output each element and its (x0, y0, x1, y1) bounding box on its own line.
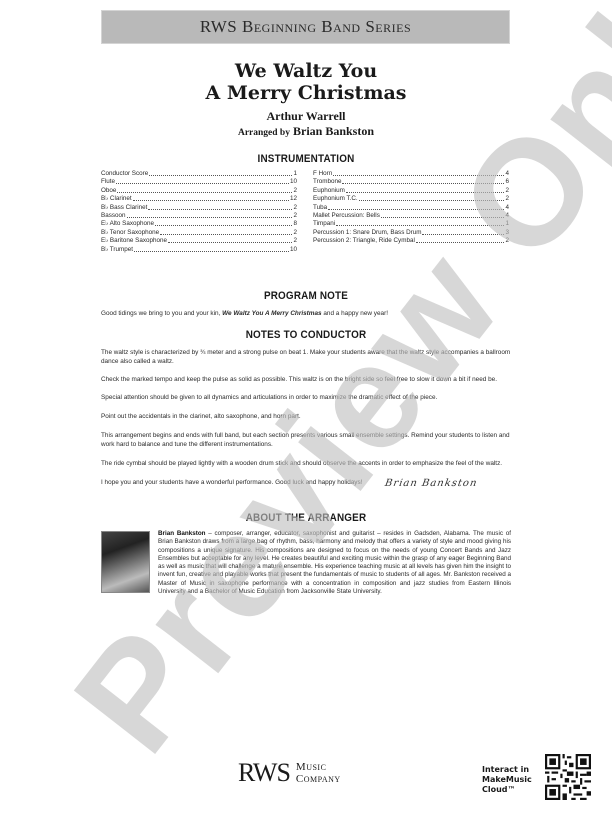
instrumentation-list-right: F Horn4Trombone6Euphonium2Euphonium T.C.… (313, 170, 509, 246)
dot-leader (359, 195, 505, 201)
dot-leader (116, 178, 289, 184)
qr-code-icon[interactable] (545, 754, 591, 800)
instrument-row: Euphonium2 (313, 187, 509, 195)
part-count: 2 (505, 195, 509, 203)
instrument-name: Tuba (313, 204, 327, 212)
makemusic-line-3: Cloud™ (482, 785, 532, 795)
part-count: 2 (505, 187, 509, 195)
arranger-bio: Brian Bankston – composer, arranger, edu… (158, 530, 511, 596)
arranged-by-label: Arranged by (238, 128, 290, 138)
instrument-row: Timpani1 (313, 220, 509, 228)
part-count: 8 (293, 220, 297, 228)
instrument-name: Percussion 2: Triangle, Ride Cymbal (313, 237, 415, 245)
part-count: 10 (290, 178, 297, 186)
dot-leader (333, 170, 504, 176)
program-note-text: Good tidings we bring to you and your ki… (101, 310, 511, 319)
conductor-note-paragraph: Point out the accidentals in the clarine… (101, 413, 511, 422)
dot-leader (160, 229, 292, 235)
instrument-row: Tuba4 (313, 204, 509, 212)
instrument-name: Euphonium (313, 187, 345, 195)
logo-line-2: Company (296, 773, 341, 785)
instrument-row: Mallet Percussion: Bells4 (313, 212, 509, 220)
instrument-row: Bassoon2 (101, 212, 297, 220)
instrument-row: Percussion 1: Snare Drum, Bass Drum3 (313, 229, 509, 237)
arranger-bio-text: – composer, arranger, educator, saxophon… (158, 530, 511, 595)
part-count: 2 (293, 212, 297, 220)
conductor-note-paragraph: Check the marked tempo and keep the puls… (101, 376, 511, 385)
makemusic-cloud-callout: Interact in MakeMusic Cloud™ (482, 765, 532, 795)
conductor-note-paragraph: The ride cymbal should be played lightly… (101, 460, 511, 469)
instrument-name: E♭ Alto Saxophone (101, 220, 154, 228)
instrument-name: Timpani (313, 220, 335, 228)
instrument-row: Oboe2 (101, 187, 297, 195)
dot-leader (134, 246, 289, 252)
instrument-row: E♭ Alto Saxophone8 (101, 220, 297, 228)
program-note-text-start: Good tidings we bring to you and your ki… (101, 310, 222, 317)
rws-music-company-logo: RWS Music Company (238, 758, 341, 788)
instrumentation-list-left: Conductor Score1Flute10Oboe2B♭ Clarinet1… (101, 170, 297, 254)
instrument-row: B♭ Bass Clarinet2 (101, 204, 297, 212)
series-title: RWS Beginning Band Series (200, 17, 411, 37)
instrument-row: B♭ Clarinet12 (101, 195, 297, 203)
instrument-row: B♭ Tenor Saxophone2 (101, 229, 297, 237)
instrument-row: Euphonium T.C.2 (313, 195, 509, 203)
part-count: 4 (505, 204, 509, 212)
makemusic-line-1: Interact in (482, 765, 532, 775)
arranger-credit: Arranged by Brian Bankston (0, 124, 612, 139)
composer: Arthur Warrell (0, 109, 612, 124)
part-count: 6 (505, 178, 509, 186)
instrument-name: Mallet Percussion: Bells (313, 212, 380, 220)
instrument-name: Euphonium T.C. (313, 195, 358, 203)
instrument-row: B♭ Trumpet10 (101, 246, 297, 254)
dot-leader (416, 237, 505, 243)
dot-leader (148, 204, 292, 210)
part-count: 2 (293, 237, 297, 245)
conductor-note-paragraph: This arrangement begins and ends with fu… (101, 432, 511, 449)
instrument-name: Trombone (313, 178, 341, 186)
instrument-row: Trombone6 (313, 178, 509, 186)
instrumentation-heading: INSTRUMENTATION (31, 153, 582, 165)
instrument-name: E♭ Baritone Saxophone (101, 237, 167, 245)
conductor-note-paragraph: The waltz style is characterized by ¾ me… (101, 349, 511, 366)
instrument-row: E♭ Baritone Saxophone2 (101, 237, 297, 245)
dot-leader (117, 187, 292, 193)
dot-leader (168, 237, 292, 243)
piece-title: We Waltz You A Merry Christmas (0, 60, 612, 104)
instrument-name: B♭ Trumpet (101, 246, 133, 254)
dot-leader (155, 220, 292, 226)
makemusic-line-2: MakeMusic (482, 775, 532, 785)
logo-line-1: Music (296, 761, 341, 773)
part-count: 10 (290, 246, 297, 254)
arranger-photo (101, 531, 150, 593)
instrument-name: Percussion 1: Snare Drum, Bass Drum (313, 229, 421, 237)
dot-leader (346, 187, 505, 193)
title-line-2: A Merry Christmas (0, 82, 612, 104)
logo-text: Music Company (296, 761, 341, 785)
dot-leader (133, 195, 289, 201)
dot-leader (342, 178, 504, 184)
about-arranger-heading: ABOUT THE ARRANGER (31, 512, 582, 524)
instrument-row: Conductor Score1 (101, 170, 297, 178)
instrument-name: B♭ Clarinet (101, 195, 132, 203)
instrument-name: F Horn (313, 170, 332, 178)
part-count: 2 (505, 237, 509, 245)
part-count: 4 (505, 170, 509, 178)
series-banner: RWS Beginning Band Series (101, 10, 510, 44)
part-count: 12 (290, 195, 297, 203)
part-count: 3 (505, 229, 509, 237)
instrument-name: Oboe (101, 187, 116, 195)
arranger-signature: Brian Bankston (384, 478, 478, 489)
dot-leader (336, 220, 504, 226)
part-count: 4 (505, 212, 509, 220)
dot-leader (149, 170, 292, 176)
logo-letters: RWS (238, 758, 290, 788)
dot-leader (127, 212, 293, 218)
arranger-name: Brian Bankston (293, 124, 374, 138)
instrument-name: Bassoon (101, 212, 126, 220)
instrument-name: B♭ Tenor Saxophone (101, 229, 159, 237)
instrument-row: F Horn4 (313, 170, 509, 178)
dot-leader (381, 212, 505, 218)
program-note-piece-title: We Waltz You A Merry Christmas (222, 310, 321, 317)
program-note-text-end: and a happy new year! (322, 310, 388, 317)
arranger-bio-name: Brian Bankston (158, 530, 206, 537)
instrument-name: B♭ Bass Clarinet (101, 204, 147, 212)
instrument-name: Conductor Score (101, 170, 148, 178)
instrument-name: Flute (101, 178, 115, 186)
title-line-1: We Waltz You (0, 60, 612, 82)
instrument-row: Percussion 2: Triangle, Ride Cymbal2 (313, 237, 509, 245)
part-count: 2 (293, 229, 297, 237)
part-count: 2 (293, 204, 297, 212)
dot-leader (422, 229, 504, 235)
instrument-row: Flute10 (101, 178, 297, 186)
part-count: 1 (505, 220, 509, 228)
program-note-heading: PROGRAM NOTE (31, 290, 582, 302)
dot-leader (328, 204, 504, 210)
part-count: 1 (293, 170, 297, 178)
conductor-note-paragraph: Special attention should be given to all… (101, 394, 511, 403)
notes-to-conductor-heading: NOTES TO CONDUCTOR (31, 329, 582, 341)
part-count: 2 (293, 187, 297, 195)
